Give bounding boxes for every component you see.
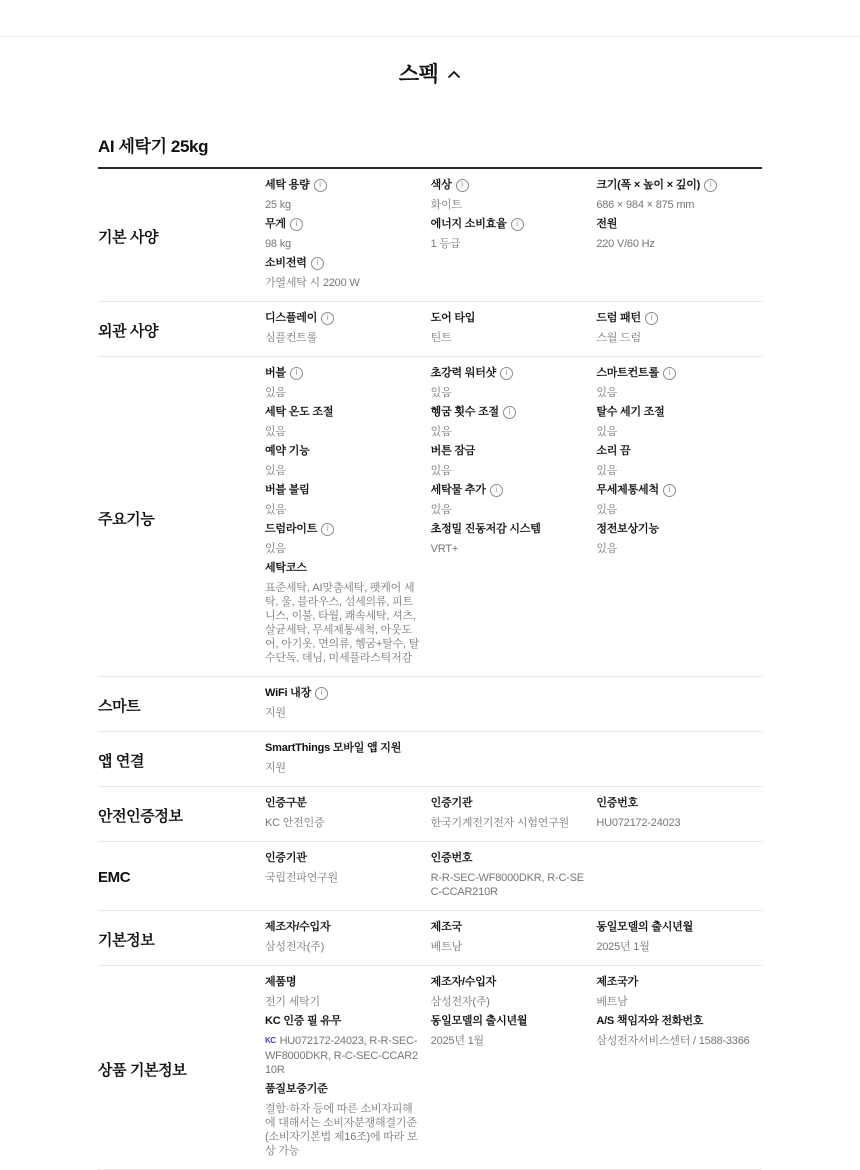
- spec-value-text: 1 등급: [431, 238, 461, 250]
- spec-value-text: 있음: [265, 504, 286, 516]
- spec-value: 686 × 984 × 875 mm: [596, 198, 752, 212]
- spec-value: KC 안전인증: [265, 816, 421, 830]
- spec-cell: SmartThings 모바일 앱 지원지원: [265, 741, 431, 775]
- spec-value-text: 220 V/60 Hz: [596, 238, 654, 250]
- spec-label-text: 인증구분: [265, 796, 307, 810]
- spec-value: 있음: [596, 464, 752, 478]
- spec-value-text: 2025년 1월: [596, 941, 649, 953]
- spec-label: 버블i: [265, 366, 421, 380]
- spec-value-text: 있음: [596, 465, 617, 477]
- spec-label: 버튼 잠금: [431, 444, 587, 458]
- info-icon[interactable]: i: [315, 687, 328, 700]
- spec-label-text: 제품명: [265, 975, 296, 989]
- spec-label: 크기(폭 × 높이 × 깊이)i: [596, 178, 752, 192]
- spec-label-text: 드럼라이트: [265, 522, 317, 536]
- info-icon[interactable]: i: [663, 484, 676, 497]
- spec-label: 버블 불림: [265, 483, 421, 497]
- info-icon[interactable]: i: [321, 523, 334, 536]
- section-grid: SmartThings 모바일 앱 지원지원: [265, 741, 762, 780]
- spec-label-text: 인증번호: [431, 851, 473, 865]
- spec-label: 에너지 소비효율i: [431, 217, 587, 231]
- spec-value: 지원: [265, 761, 421, 775]
- spec-label: 초정밀 진동저감 시스템: [431, 522, 587, 536]
- spec-cell: 제조국가베트남: [596, 975, 762, 1009]
- spec-label-text: 인증번호: [596, 796, 638, 810]
- spec-value-text: 686 × 984 × 875 mm: [596, 199, 694, 211]
- info-icon[interactable]: i: [314, 179, 327, 192]
- spec-label: 제조국: [431, 920, 587, 934]
- spec-value-text: 화이트: [431, 199, 462, 211]
- spec-label-text: 디스플레이: [265, 311, 317, 325]
- spec-label-text: SmartThings 모바일 앱 지원: [265, 741, 401, 755]
- spec-cell: 세탁물 추가i있음: [431, 483, 597, 517]
- spec-value: 전기 세탁기: [265, 995, 421, 1009]
- spec-value-text: 한국기계전기전자 시험연구원: [431, 817, 569, 829]
- spec-label-text: 헹굼 횟수 조절: [431, 405, 499, 419]
- spec-label: 인증번호: [596, 796, 752, 810]
- spec-label: 예약 기능: [265, 444, 421, 458]
- spec-value-text: HU072172-24023: [596, 817, 680, 829]
- spec-label: SmartThings 모바일 앱 지원: [265, 741, 421, 755]
- spec-label-text: 제조자/수입자: [265, 920, 330, 934]
- spec-value-text: KC 안전인증: [265, 817, 324, 829]
- top-divider: [0, 0, 860, 37]
- spec-label-text: 세탁코스: [265, 561, 307, 575]
- spec-label: 무세제통세척i: [596, 483, 752, 497]
- spec-value: 있음: [596, 386, 752, 400]
- spec-label-text: 소리 끔: [596, 444, 630, 458]
- spec-label: 디스플레이i: [265, 311, 421, 325]
- spec-value-text: 가열세탁 시 2200 W: [265, 277, 360, 289]
- spec-section: 앱 연결SmartThings 모바일 앱 지원지원: [98, 732, 762, 787]
- section-title: 기본 사양: [98, 226, 265, 247]
- spec-label-text: 인증기관: [265, 851, 307, 865]
- info-icon[interactable]: i: [321, 312, 334, 325]
- spec-label-text: 품질보증기준: [265, 1082, 328, 1096]
- spec-cell: 인증번호R-R-SEC-WF8000DKR, R-C-SEC-CCAR210R: [431, 851, 597, 899]
- spec-cell: 제품명전기 세탁기: [265, 975, 431, 1009]
- section-title: 안전인증정보: [98, 805, 265, 826]
- spec-label-text: 세탁 용량: [265, 178, 310, 192]
- spec-label: 인증번호: [431, 851, 587, 865]
- spec-value: 2025년 1월: [431, 1034, 587, 1048]
- spec-label: 도어 타입: [431, 311, 587, 325]
- spec-section: 스마트WiFi 내장i지원: [98, 677, 762, 732]
- spec-cell: 제조국베트남: [431, 920, 597, 954]
- section-title: 주요기능: [98, 508, 265, 529]
- spec-label-text: 인증기관: [431, 796, 473, 810]
- spec-value: 1 등급: [431, 237, 587, 251]
- spec-label: 세탁 용량i: [265, 178, 421, 192]
- info-icon[interactable]: i: [490, 484, 503, 497]
- spec-cell: 품질보증기준결함·하자 등에 따른 소비자피해에 대해서는 소비자분쟁해결기준(…: [265, 1082, 431, 1158]
- spec-label: 세탁코스: [265, 561, 421, 575]
- section-title: EMC: [98, 869, 265, 886]
- spec-label-text: 전원: [596, 217, 617, 231]
- spec-cell: 정전보상기능있음: [596, 522, 762, 556]
- section-title: 스마트: [98, 695, 265, 716]
- info-icon[interactable]: i: [311, 257, 324, 270]
- spec-label: 색상i: [431, 178, 587, 192]
- spec-value: 삼성전자서비스센터 / 1588-3366: [596, 1034, 752, 1048]
- spec-cell: 세탁코스표준세탁, AI맞춤세탁, 펫케어 세탁, 울, 블라우스, 섬세의류,…: [265, 561, 431, 665]
- info-icon[interactable]: i: [500, 367, 513, 380]
- spec-value: 있음: [596, 425, 752, 439]
- spec-label: 스마트컨트롤i: [596, 366, 752, 380]
- section-title: 외관 사양: [98, 320, 265, 341]
- spec-label-text: 초강력 워터샷: [431, 366, 496, 380]
- spec-value: 98 kg: [265, 237, 421, 251]
- spec-value-text: 베트남: [596, 996, 627, 1008]
- spec-value-text: 25 kg: [265, 199, 291, 211]
- spec-cell: 소비전력i가열세탁 시 2200 W: [265, 256, 431, 290]
- spec-cell: KC 인증 필 유무KCHU072172-24023, R-R-SEC-WF80…: [265, 1014, 431, 1077]
- spec-label-text: 동일모델의 출시년월: [596, 920, 693, 934]
- spec-label: 동일모델의 출시년월: [596, 920, 752, 934]
- spec-cell: 전원220 V/60 Hz: [596, 217, 762, 251]
- spec-value: 있음: [596, 542, 752, 556]
- spec-cell: 동일모델의 출시년월2025년 1월: [431, 1014, 597, 1077]
- spec-label-text: WiFi 내장: [265, 686, 311, 700]
- spec-label-text: 제조국: [431, 920, 462, 934]
- spec-value: 틴트: [431, 331, 587, 345]
- spec-value: 삼성전자(주): [265, 940, 421, 954]
- spec-label-text: A/S 책임자와 전화번호: [596, 1014, 703, 1028]
- spec-value-text: 심플컨트롤: [265, 332, 317, 344]
- section-grid: 인증구분KC 안전인증인증기관한국기계전기전자 시험연구원인증번호HU07217…: [265, 796, 762, 835]
- spec-value: 삼성전자(주): [431, 995, 587, 1009]
- spec-label: 전원: [596, 217, 752, 231]
- spec-label-text: 정전보상기능: [596, 522, 659, 536]
- spec-label: 드럼 패턴i: [596, 311, 752, 325]
- spec-value-text: VRT+: [431, 543, 458, 555]
- spec-value-text: 스월 드럼: [596, 332, 641, 344]
- spec-value-text: 틴트: [431, 332, 452, 344]
- spec-label-text: 에너지 소비효율: [431, 217, 507, 231]
- spec-label-text: 동일모델의 출시년월: [431, 1014, 528, 1028]
- spec-cell: 무게i98 kg: [265, 217, 431, 251]
- spec-cell: 에너지 소비효율i1 등급: [431, 217, 597, 251]
- info-icon[interactable]: i: [704, 179, 717, 192]
- spec-label-text: 도어 타입: [431, 311, 476, 325]
- spec-value-text: 있음: [431, 465, 452, 477]
- section-title: 기본정보: [98, 929, 265, 950]
- spec-value-text: 있음: [431, 504, 452, 516]
- spec-value: KCHU072172-24023, R-R-SEC-WF8000DKR, R-C…: [265, 1034, 421, 1077]
- spec-label: 정전보상기능: [596, 522, 752, 536]
- spec-cell: 세탁 용량i25 kg: [265, 178, 431, 212]
- spec-table: 기본 사양세탁 용량i25 kg색상i화이트크기(폭 × 높이 × 깊이)i68…: [98, 169, 762, 1170]
- spec-cell: 헹굼 횟수 조절i있음: [431, 405, 597, 439]
- spec-value: 국립전파연구원: [265, 871, 421, 885]
- spec-value-text: 있음: [265, 465, 286, 477]
- spec-value: 베트남: [596, 995, 752, 1009]
- section-grid: 제품명전기 세탁기제조자/수입자삼성전자(주)제조국가베트남KC 인증 필 유무…: [265, 975, 762, 1163]
- spec-cell: 제조자/수입자삼성전자(주): [265, 920, 431, 954]
- spec-cell: 도어 타입틴트: [431, 311, 597, 345]
- spec-cell: 제조자/수입자삼성전자(주): [431, 975, 597, 1009]
- spec-label-text: 탈수 세기 조절: [596, 405, 664, 419]
- spec-value: 있음: [265, 542, 421, 556]
- spec-value-text: 있음: [596, 387, 617, 399]
- spec-cell: 세탁 온도 조절있음: [265, 405, 431, 439]
- spec-cell: 동일모델의 출시년월2025년 1월: [596, 920, 762, 954]
- spec-cell: 초정밀 진동저감 시스템VRT+: [431, 522, 597, 556]
- spec-value-text: 있음: [596, 543, 617, 555]
- spec-cell: 색상i화이트: [431, 178, 597, 212]
- spec-value: VRT+: [431, 542, 587, 556]
- spec-value-text: 삼성전자(주): [431, 996, 490, 1008]
- spec-value: 있음: [431, 386, 587, 400]
- spec-value-text: 표준세탁, AI맞춤세탁, 펫케어 세탁, 울, 블라우스, 섬세의류, 피트니…: [265, 582, 419, 664]
- spec-value-text: 2025년 1월: [431, 1035, 484, 1047]
- section-grid: 세탁 용량i25 kg색상i화이트크기(폭 × 높이 × 깊이)i686 × 9…: [265, 178, 762, 295]
- spec-cell: 버블 불림있음: [265, 483, 431, 517]
- spec-value: 화이트: [431, 198, 587, 212]
- spec-value-text: 결함·하자 등에 따른 소비자피해에 대해서는 소비자분쟁해결기준(소비자기본법…: [265, 1103, 417, 1157]
- spec-cell: 드럼라이트i있음: [265, 522, 431, 556]
- spec-value-text: 지원: [265, 707, 286, 719]
- spec-value: 있음: [596, 503, 752, 517]
- info-icon[interactable]: i: [645, 312, 658, 325]
- spec-cell: 스마트컨트롤i있음: [596, 366, 762, 400]
- spec-value-text: 국립전파연구원: [265, 872, 338, 884]
- spec-label: 드럼라이트i: [265, 522, 421, 536]
- spec-label: 제품명: [265, 975, 421, 989]
- spec-value-text: 있음: [596, 504, 617, 516]
- spec-label-text: 초정밀 진동저감 시스템: [431, 522, 541, 536]
- spec-label: A/S 책임자와 전화번호: [596, 1014, 752, 1028]
- section-title: 상품 기본정보: [98, 1059, 265, 1080]
- spec-section: 상품 기본정보제품명전기 세탁기제조자/수입자삼성전자(주)제조국가베트남KC …: [98, 966, 762, 1170]
- section-grid: 제조자/수입자삼성전자(주)제조국베트남동일모델의 출시년월2025년 1월: [265, 920, 762, 959]
- spec-label: 세탁물 추가i: [431, 483, 587, 497]
- spec-label-text: 드럼 패턴: [596, 311, 641, 325]
- spec-cell: 인증구분KC 안전인증: [265, 796, 431, 830]
- spec-value: 있음: [431, 503, 587, 517]
- spec-label-text: 소비전력: [265, 256, 307, 270]
- spec-label: 제조자/수입자: [431, 975, 587, 989]
- spec-cell: 소리 끔있음: [596, 444, 762, 478]
- product-spec-page: { "header": { "title": "스펙", "collapse_i…: [0, 0, 860, 1170]
- spec-section: EMC인증기관국립전파연구원인증번호R-R-SEC-WF8000DKR, R-C…: [98, 842, 762, 911]
- spec-value: 가열세탁 시 2200 W: [265, 276, 421, 290]
- spec-value-text: R-R-SEC-WF8000DKR, R-C-SEC-CCAR210R: [431, 872, 584, 898]
- spec-section: 외관 사양디스플레이i심플컨트롤도어 타입틴트드럼 패턴i스월 드럼: [98, 302, 762, 357]
- spec-value: 지원: [265, 706, 421, 720]
- info-icon[interactable]: i: [290, 367, 303, 380]
- spec-title: 스펙: [399, 58, 439, 88]
- kc-certification-icon: KC: [265, 1034, 276, 1048]
- spec-section: 기본 사양세탁 용량i25 kg색상i화이트크기(폭 × 높이 × 깊이)i68…: [98, 169, 762, 302]
- spec-label: 세탁 온도 조절: [265, 405, 421, 419]
- spec-label-text: 제조국가: [596, 975, 638, 989]
- spec-label-text: 색상: [431, 178, 452, 192]
- info-icon[interactable]: i: [456, 179, 469, 192]
- spec-value-text: 98 kg: [265, 238, 291, 250]
- info-icon[interactable]: i: [663, 367, 676, 380]
- spec-label: 인증기관: [265, 851, 421, 865]
- spec-value-text: 베트남: [431, 941, 462, 953]
- spec-label-text: 버블: [265, 366, 286, 380]
- spec-value: 베트남: [431, 940, 587, 954]
- spec-value-text: 전기 세탁기: [265, 996, 320, 1008]
- spec-value: 표준세탁, AI맞춤세탁, 펫케어 세탁, 울, 블라우스, 섬세의류, 피트니…: [265, 581, 421, 665]
- section-grid: 디스플레이i심플컨트롤도어 타입틴트드럼 패턴i스월 드럼: [265, 311, 762, 350]
- spec-label: 소비전력i: [265, 256, 421, 270]
- spec-value-text: 있음: [431, 387, 452, 399]
- spec-label-text: 예약 기능: [265, 444, 310, 458]
- spec-cell: 인증기관국립전파연구원: [265, 851, 431, 899]
- spec-cell: 무세제통세척i있음: [596, 483, 762, 517]
- spec-label-text: 버블 불림: [265, 483, 310, 497]
- spec-value-text: HU072172-24023, R-R-SEC-WF8000DKR, R-C-S…: [265, 1035, 418, 1076]
- spec-value: 25 kg: [265, 198, 421, 212]
- spec-value: 있음: [265, 425, 421, 439]
- spec-label: 제조국가: [596, 975, 752, 989]
- spec-label-text: 제조자/수입자: [431, 975, 496, 989]
- section-title: 앱 연결: [98, 750, 265, 771]
- spec-value-text: 있음: [431, 426, 452, 438]
- spec-value: 심플컨트롤: [265, 331, 421, 345]
- spec-section: 기본정보제조자/수입자삼성전자(주)제조국베트남동일모델의 출시년월2025년 …: [98, 911, 762, 966]
- spec-cell: 예약 기능있음: [265, 444, 431, 478]
- spec-value-text: 삼성전자(주): [265, 941, 324, 953]
- product-title: AI 세탁기 25kg: [98, 132, 762, 169]
- spec-value: R-R-SEC-WF8000DKR, R-C-SEC-CCAR210R: [431, 871, 587, 899]
- spec-label: 품질보증기준: [265, 1082, 421, 1096]
- spec-value: 있음: [265, 464, 421, 478]
- spec-value-text: 있음: [265, 426, 286, 438]
- spec-cell: 인증기관한국기계전기전자 시험연구원: [431, 796, 597, 830]
- spec-value-text: 지원: [265, 762, 286, 774]
- spec-cell: WiFi 내장i지원: [265, 686, 431, 720]
- spec-section: 안전인증정보인증구분KC 안전인증인증기관한국기계전기전자 시험연구원인증번호H…: [98, 787, 762, 842]
- info-icon[interactable]: i: [290, 218, 303, 231]
- spec-value: 있음: [265, 386, 421, 400]
- spec-cell: 버블i있음: [265, 366, 431, 400]
- spec-label: 탈수 세기 조절: [596, 405, 752, 419]
- spec-label-text: 버튼 잠금: [431, 444, 476, 458]
- spec-value: 있음: [431, 425, 587, 439]
- chevron-up-icon: [447, 70, 461, 79]
- spec-value: 220 V/60 Hz: [596, 237, 752, 251]
- spec-value: 2025년 1월: [596, 940, 752, 954]
- spec-cell: 크기(폭 × 높이 × 깊이)i686 × 984 × 875 mm: [596, 178, 762, 212]
- spec-value-text: 있음: [596, 426, 617, 438]
- spec-label: 헹굼 횟수 조절i: [431, 405, 587, 419]
- spec-label-text: 세탁물 추가: [431, 483, 486, 497]
- section-grid: 버블i있음초강력 워터샷i있음스마트컨트롤i있음세탁 온도 조절있음헹굼 횟수 …: [265, 366, 762, 670]
- section-grid: 인증기관국립전파연구원인증번호R-R-SEC-WF8000DKR, R-C-SE…: [265, 851, 762, 904]
- spec-cell: 초강력 워터샷i있음: [431, 366, 597, 400]
- spec-cell: 버튼 잠금있음: [431, 444, 597, 478]
- spec-label: 인증기관: [431, 796, 587, 810]
- spec-content: AI 세탁기 25kg 기본 사양세탁 용량i25 kg색상i화이트크기(폭 ×…: [98, 132, 762, 1170]
- spec-cell: 인증번호HU072172-24023: [596, 796, 762, 830]
- spec-cell: 드럼 패턴i스월 드럼: [596, 311, 762, 345]
- spec-label-text: 스마트컨트롤: [596, 366, 659, 380]
- spec-value: 있음: [431, 464, 587, 478]
- spec-label-text: 무세제통세척: [596, 483, 659, 497]
- spec-label: 소리 끔: [596, 444, 752, 458]
- spec-label: 무게i: [265, 217, 421, 231]
- spec-accordion-header[interactable]: 스펙: [0, 37, 860, 106]
- spec-label: KC 인증 필 유무: [265, 1014, 421, 1028]
- spec-label: 동일모델의 출시년월: [431, 1014, 587, 1028]
- spec-label-text: 세탁 온도 조절: [265, 405, 333, 419]
- info-icon[interactable]: i: [511, 218, 524, 231]
- spec-cell: A/S 책임자와 전화번호삼성전자서비스센터 / 1588-3366: [596, 1014, 762, 1077]
- spec-cell: 탈수 세기 조절있음: [596, 405, 762, 439]
- spec-label-text: 무게: [265, 217, 286, 231]
- section-grid: WiFi 내장i지원: [265, 686, 762, 725]
- spec-label: 제조자/수입자: [265, 920, 421, 934]
- spec-value-text: 있음: [265, 387, 286, 399]
- spec-label: WiFi 내장i: [265, 686, 421, 700]
- spec-value: 한국기계전기전자 시험연구원: [431, 816, 587, 830]
- info-icon[interactable]: i: [503, 406, 516, 419]
- spec-value-text: 삼성전자서비스센터 / 1588-3366: [596, 1035, 749, 1047]
- spec-cell: 디스플레이i심플컨트롤: [265, 311, 431, 345]
- spec-label: 인증구분: [265, 796, 421, 810]
- spec-value: 있음: [265, 503, 421, 517]
- spec-label: 초강력 워터샷i: [431, 366, 587, 380]
- spec-value: HU072172-24023: [596, 816, 752, 830]
- spec-value: 스월 드럼: [596, 331, 752, 345]
- spec-label-text: KC 인증 필 유무: [265, 1014, 341, 1028]
- spec-value-text: 있음: [265, 543, 286, 555]
- spec-label-text: 크기(폭 × 높이 × 깊이): [596, 178, 700, 192]
- spec-section: 주요기능버블i있음초강력 워터샷i있음스마트컨트롤i있음세탁 온도 조절있음헹굼…: [98, 357, 762, 677]
- spec-value: 결함·하자 등에 따른 소비자피해에 대해서는 소비자분쟁해결기준(소비자기본법…: [265, 1102, 421, 1158]
